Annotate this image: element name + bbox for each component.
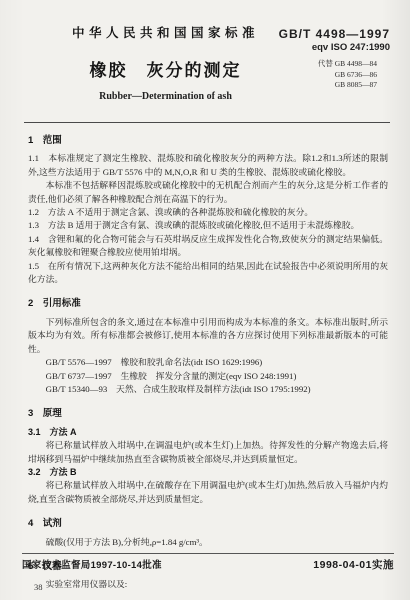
clause-1-4: 1.4 含锂和氟的化合物可能会与石英坩埚反应生成挥发性化合物,致使灰分的测定结果… xyxy=(28,233,388,260)
scope-responsibility-note: 本标准不包括解释因混炼胶或硫化橡胶中的无机配合剂而产生的灰分,这是分析工作者的责… xyxy=(28,179,388,206)
national-standard-banner: 中华人民共和国国家标准 xyxy=(28,23,303,41)
implementation-date: 1998-04-01实施 xyxy=(313,557,394,572)
replaced-standard-line: GB 6736—86 xyxy=(279,70,377,81)
method-a-subheading: 3.1 方法 A xyxy=(28,426,388,439)
footer-divider-rule xyxy=(22,553,394,554)
document-footer: 国家技术监督局1997-10-14批准 1998-04-01实施 xyxy=(22,557,394,572)
standard-document-page: 中华人民共和国国家标准 橡胶 灰分的测定 Rubber—Determinatio… xyxy=(0,0,410,600)
apparatus-intro: 实验室常用仪器以及: xyxy=(28,578,388,591)
document-header: 中华人民共和国国家标准 橡胶 灰分的测定 Rubber—Determinatio… xyxy=(0,0,410,113)
approval-authority-date: 国家技术监督局1997-10-14批准 xyxy=(22,557,162,571)
header-center-block: 中华人民共和国国家标准 橡胶 灰分的测定 Rubber—Determinatio… xyxy=(28,23,303,102)
referenced-standard-item: GB/T 5576—1997 橡胶和胶乳命名法(idt ISO 1629:199… xyxy=(28,356,388,369)
replaced-standards-list: 代替 GB 4498—84 GB 6736—86 GB 8085—87 xyxy=(279,59,390,91)
header-divider-rule xyxy=(24,122,390,123)
standard-title-en: Rubber—Determination of ash xyxy=(28,91,303,102)
section-3-heading: 3 原理 xyxy=(28,407,388,420)
standard-title-cn: 橡胶 灰分的测定 xyxy=(28,56,303,81)
method-a-description: 将已称量试样放入坩埚中,在调温电炉(或本生灯)上加热。待挥发性的分解产物逸去后,… xyxy=(28,439,388,466)
method-b-subheading: 3.2 方法 B xyxy=(28,466,388,479)
standard-code-block: GB/T 4498—1997 eqv ISO 247:1990 代替 GB 44… xyxy=(279,27,390,91)
standard-number: GB/T 4498—1997 xyxy=(279,27,390,41)
page-number: 38 xyxy=(34,582,43,592)
section-4-heading: 4 试剂 xyxy=(28,517,388,530)
clause-1-3: 1.3 方法 B 适用于测定含有氯、溴或碘的混炼胶或硫化橡胶,但不适用于未混炼橡… xyxy=(28,219,388,232)
clause-1-2: 1.2 方法 A 不适用于测定含氯、溴或碘的各种混炼胶和硫化橡胶的灰分。 xyxy=(28,206,388,219)
replaced-standard-line: GB 8085—87 xyxy=(279,80,377,91)
iso-equivalence: eqv ISO 247:1990 xyxy=(279,42,390,53)
section-1-heading: 1 范围 xyxy=(28,134,388,147)
clause-1-5: 1.5 在所有情况下,这两种灰化方法不能给出相同的结果,因此在试验报告中必须说明… xyxy=(28,260,388,287)
document-body: 1 范围 1.1 本标准规定了测定生橡胶、混炼胶和硫化橡胶灰分的两种方法。除1.… xyxy=(0,134,410,592)
referenced-standard-item: GB/T 15340—93 天然、合成生胶取样及制样方法(idt ISO 179… xyxy=(28,383,388,396)
replaced-standard-line: 代替 GB 4498—84 xyxy=(279,59,377,70)
method-b-description: 将已称量试样放入坩埚中,在硫酸存在下用调温电炉(或本生灯)加热,然后放入马福炉内… xyxy=(28,479,388,506)
reagent-description: 硫酸(仅用于方法 B),分析纯,ρ=1.84 g/cm³。 xyxy=(28,536,388,549)
referenced-standards-intro: 下列标准所包含的条文,通过在本标准中引用而构成为本标准的条文。本标准出版时,所示… xyxy=(28,316,388,356)
clause-1-1: 1.1 本标准规定了测定生橡胶、混炼胶和硫化橡胶灰分的两种方法。除1.2和1.3… xyxy=(28,152,388,179)
section-2-heading: 2 引用标准 xyxy=(28,297,388,310)
referenced-standard-item: GB/T 6737—1997 生橡胶 挥发分含量的测定(eqv ISO 248:… xyxy=(28,370,388,383)
